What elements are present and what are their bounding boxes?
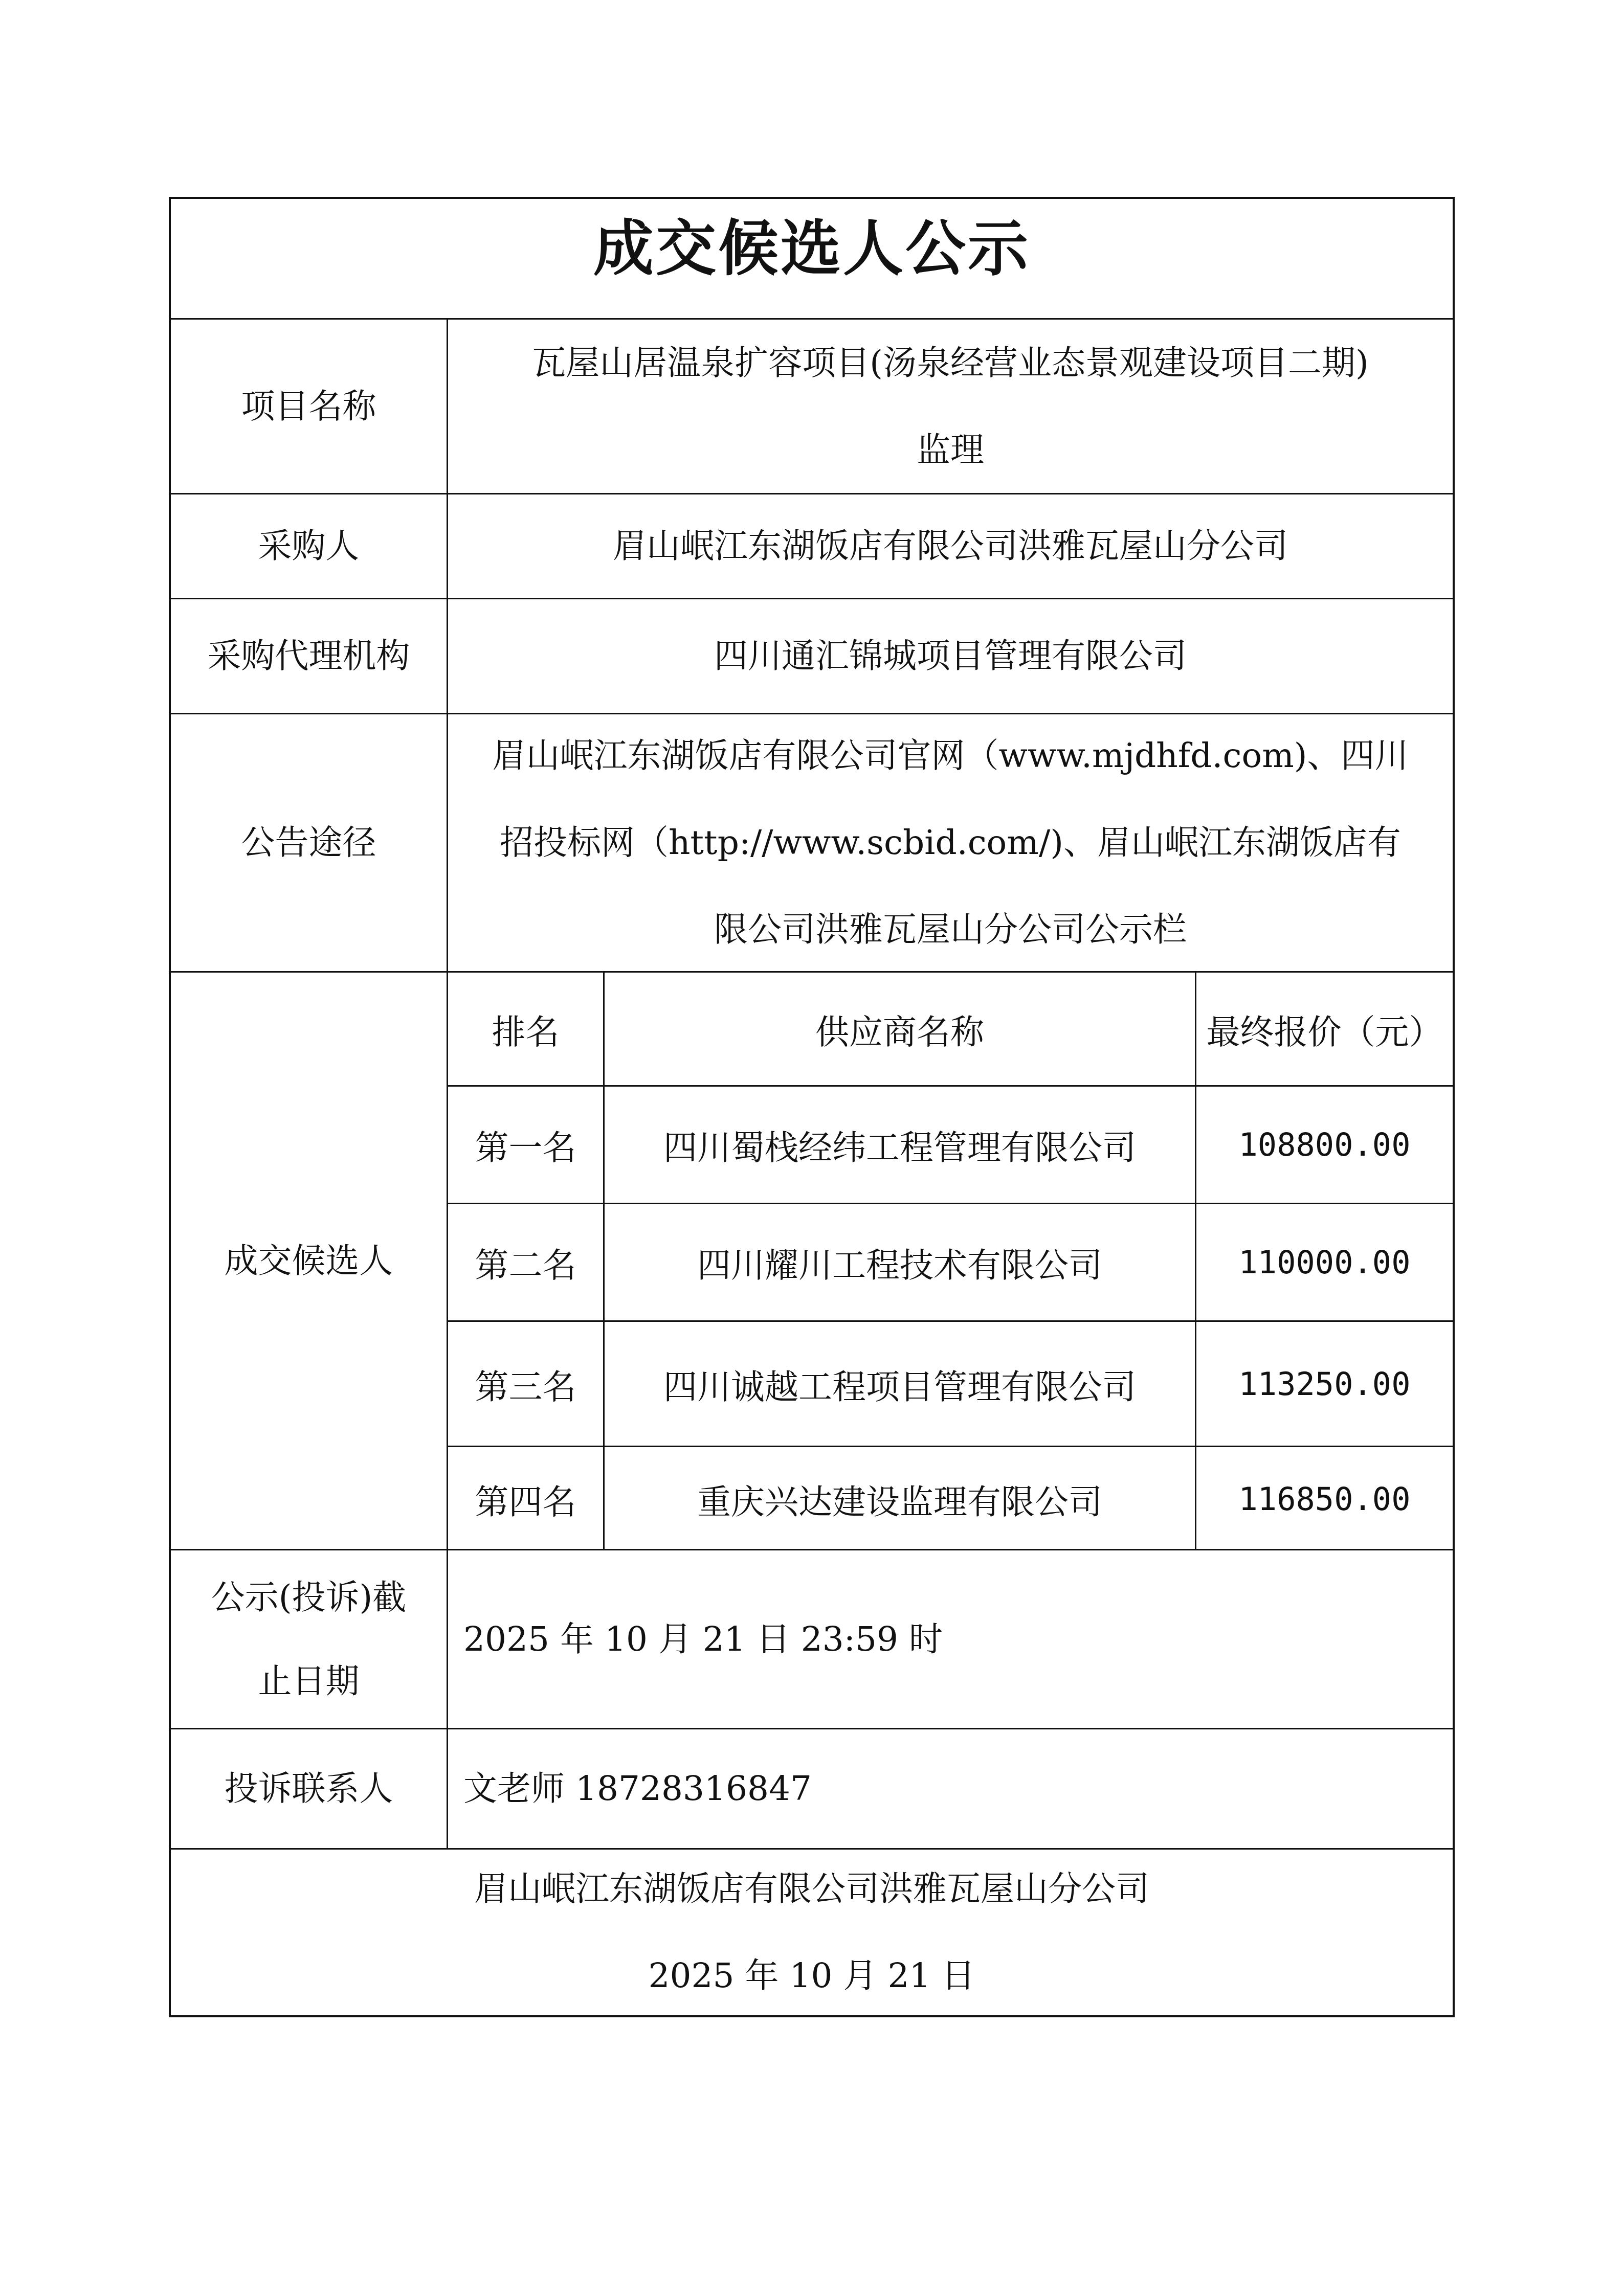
- purchaser-row: 采购人 眉山岷江东湖饭店有限公司洪雅瓦屋山分公司: [171, 493, 1453, 598]
- page-title: 成交候选人公示: [171, 199, 1453, 318]
- footer-date: 2025 年 10 月 21 日: [649, 1932, 975, 2019]
- header-price: 最终报价（元）: [1196, 973, 1453, 1085]
- agency-row: 采购代理机构 四川通汇锦城项目管理有限公司: [171, 598, 1453, 713]
- rank-cell: 第三名: [448, 1322, 605, 1446]
- deadline-label-line1: 公示(投诉)截: [211, 1556, 407, 1639]
- supplier-cell: 四川蜀栈经纬工程管理有限公司: [605, 1087, 1196, 1203]
- table-row: 第四名 重庆兴达建设监理有限公司 116850.00: [448, 1446, 1453, 1550]
- contact-value: 文老师 18728316847: [448, 1729, 1453, 1848]
- channels-line1: 眉山岷江东湖饭店有限公司官网（www.mjdhfd.com)、四川: [492, 712, 1408, 799]
- channels-label: 公告途径: [171, 714, 448, 971]
- candidates-header-row: 排名 供应商名称 最终报价（元）: [448, 973, 1453, 1085]
- deadline-row: 公示(投诉)截 止日期 2025 年 10 月 21 日 23:59 时: [171, 1549, 1453, 1728]
- rank-cell: 第二名: [448, 1204, 605, 1320]
- candidates-table: 排名 供应商名称 最终报价（元） 第一名 四川蜀栈经纬工程管理有限公司 1088…: [448, 973, 1453, 1549]
- table-row: 第一名 四川蜀栈经纬工程管理有限公司 108800.00: [448, 1085, 1453, 1203]
- purchaser-value: 眉山岷江东湖饭店有限公司洪雅瓦屋山分公司: [448, 494, 1453, 598]
- announcement-table: 成交候选人公示 项目名称 瓦屋山居温泉扩容项目(汤泉经营业态景观建设项目二期) …: [169, 197, 1455, 2017]
- rank-cell: 第四名: [448, 1447, 605, 1550]
- candidates-row: 成交候选人 排名 供应商名称 最终报价（元） 第一名 四川蜀栈经纬工程管理有限公…: [171, 971, 1453, 1549]
- price-cell: 108800.00: [1196, 1087, 1453, 1203]
- agency-value: 四川通汇锦城项目管理有限公司: [448, 599, 1453, 713]
- deadline-label: 公示(投诉)截 止日期: [171, 1550, 448, 1728]
- price-cell: 116850.00: [1196, 1447, 1453, 1550]
- channels-line2: 招投标网（http://www.scbid.com/)、眉山岷江东湖饭店有: [500, 799, 1401, 886]
- deadline-label-line2: 止日期: [258, 1639, 360, 1723]
- project-value-line2: 监理: [917, 407, 984, 493]
- supplier-cell: 四川耀川工程技术有限公司: [605, 1204, 1196, 1320]
- table-row: 第三名 四川诚越工程项目管理有限公司 113250.00: [448, 1320, 1453, 1446]
- supplier-cell: 四川诚越工程项目管理有限公司: [605, 1322, 1196, 1446]
- footer: 眉山岷江东湖饭店有限公司洪雅瓦屋山分公司 2025 年 10 月 21 日: [171, 1850, 1453, 2015]
- purchaser-label: 采购人: [171, 494, 448, 598]
- supplier-cell: 重庆兴达建设监理有限公司: [605, 1447, 1196, 1550]
- footer-row: 眉山岷江东湖饭店有限公司洪雅瓦屋山分公司 2025 年 10 月 21 日: [171, 1848, 1453, 2015]
- contact-label: 投诉联系人: [171, 1729, 448, 1848]
- channels-line3: 限公司洪雅瓦屋山分公司公示栏: [714, 886, 1187, 973]
- channels-row: 公告途径 眉山岷江东湖饭店有限公司官网（www.mjdhfd.com)、四川 招…: [171, 713, 1453, 971]
- project-row: 项目名称 瓦屋山居温泉扩容项目(汤泉经营业态景观建设项目二期) 监理: [171, 318, 1453, 493]
- channels-value: 眉山岷江东湖饭店有限公司官网（www.mjdhfd.com)、四川 招投标网（h…: [448, 714, 1453, 971]
- agency-label: 采购代理机构: [171, 599, 448, 713]
- rank-cell: 第一名: [448, 1087, 605, 1203]
- project-value: 瓦屋山居温泉扩容项目(汤泉经营业态景观建设项目二期) 监理: [448, 320, 1453, 493]
- project-label: 项目名称: [171, 320, 448, 493]
- table-row: 第二名 四川耀川工程技术有限公司 110000.00: [448, 1203, 1453, 1320]
- price-cell: 110000.00: [1196, 1204, 1453, 1320]
- deadline-value: 2025 年 10 月 21 日 23:59 时: [448, 1550, 1453, 1728]
- footer-issuer: 眉山岷江东湖饭店有限公司洪雅瓦屋山分公司: [474, 1845, 1149, 1932]
- candidates-label: 成交候选人: [171, 973, 448, 1549]
- price-cell: 113250.00: [1196, 1322, 1453, 1446]
- contact-row: 投诉联系人 文老师 18728316847: [171, 1728, 1453, 1848]
- header-supplier: 供应商名称: [605, 973, 1196, 1085]
- header-rank: 排名: [448, 973, 605, 1085]
- project-value-line1: 瓦屋山居温泉扩容项目(汤泉经营业态景观建设项目二期): [532, 320, 1369, 407]
- title-row: 成交候选人公示: [171, 199, 1453, 318]
